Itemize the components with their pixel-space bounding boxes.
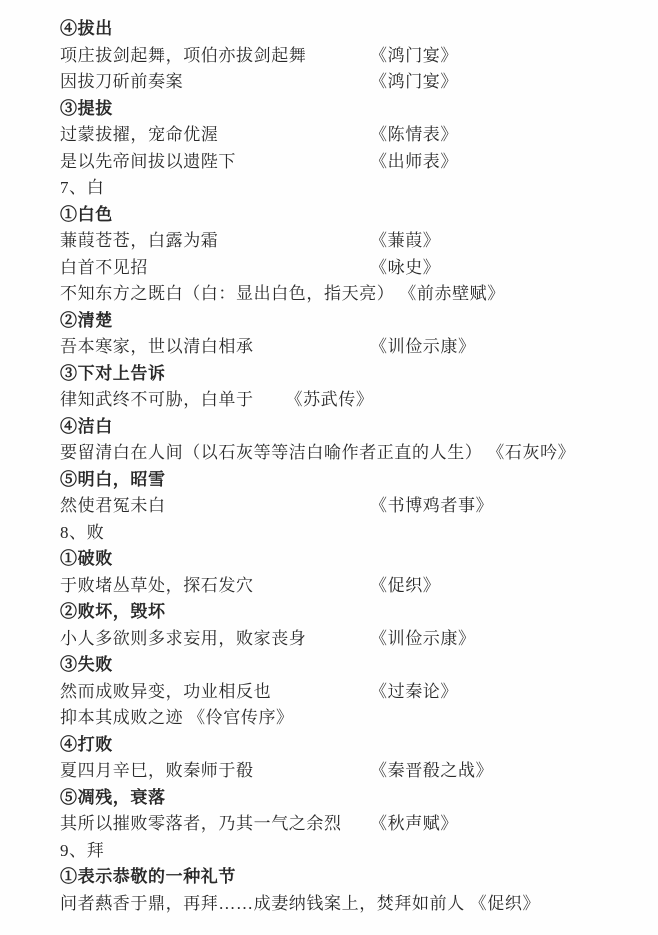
example-line: 小人多欲则多求妄用，败家丧身 《训俭示康》 [60, 626, 640, 653]
example-line: 抑本其成败之迹 《伶官传序》 [60, 705, 640, 732]
example-line: 不知东方之既白（白：显出白色，指天亮） 《前赤壁赋》 [60, 281, 640, 308]
sense-heading: ①表示恭敬的一种礼节 [60, 864, 640, 891]
source-title: 《咏史》 [370, 255, 440, 282]
example-text: 是以先帝间拔以遗陛下 [60, 152, 236, 171]
example-text: 白首不见招 [60, 258, 148, 277]
example-line: 律知武终不可胁，白单于 《苏武传》 [60, 387, 640, 414]
example-line: 白首不见招 《咏史》 [60, 255, 640, 282]
example-text: 过蒙拔擢，宠命优渥 [60, 125, 218, 144]
example-line: 吾本寒家，世以清白相承 《训俭示康》 [60, 334, 640, 361]
source-title: 《书博鸡者事》 [370, 493, 493, 520]
sense-heading: ⑤明白，昭雪 [60, 467, 640, 494]
example-text: 抑本其成败之迹 [60, 708, 183, 727]
source-title: 《前赤壁赋》 [399, 284, 505, 303]
word-heading: 9、拜 [60, 838, 640, 865]
source-title: 《训俭示康》 [370, 334, 476, 361]
example-text: 吾本寒家，世以清白相承 [60, 337, 254, 356]
example-line: 是以先帝间拔以遗陛下 《出师表》 [60, 149, 640, 176]
source-title: 《秦晋殽之战》 [370, 758, 493, 785]
example-text: 于败堵丛草处，探石发穴 [60, 576, 254, 595]
source-title: 《伶官传序》 [188, 708, 294, 727]
source-title: 《石灰吟》 [487, 443, 575, 462]
example-text: 夏四月辛巳，败秦师于殽 [60, 761, 254, 780]
example-line: 然而成败异变，功业相反也 《过秦论》 [60, 679, 640, 706]
example-line: 于败堵丛草处，探石发穴 《促织》 [60, 573, 640, 600]
sense-heading: ④洁白 [60, 414, 640, 441]
example-text: 因拔刀斫前奏案 [60, 72, 183, 91]
example-text: 小人多欲则多求妄用，败家丧身 [60, 629, 306, 648]
example-text: 其所以摧败零落者，乃其一气之余烈 [60, 814, 342, 833]
source-title: 《秋声赋》 [370, 811, 458, 838]
example-text: 蒹葭苍苍，白露为霜 [60, 231, 218, 250]
example-text: 然使君冤未白 [60, 496, 166, 515]
source-title: 《出师表》 [370, 149, 458, 176]
example-text: 项庄拔剑起舞，项伯亦拔剑起舞 [60, 46, 306, 65]
example-line: 过蒙拔擢，宠命优渥 《陈情表》 [60, 122, 640, 149]
source-title: 《苏武传》 [285, 390, 373, 409]
sense-heading: ①破败 [60, 546, 640, 573]
sense-heading: ②败坏，毁坏 [60, 599, 640, 626]
source-title: 《促织》 [470, 894, 540, 913]
example-text: 不知东方之既白（白：显出白色，指天亮） [60, 284, 394, 303]
example-text: 问者爇香于鼎，再拜……成妻纳钱案上，焚拜如前人 [60, 894, 465, 913]
example-text: 然而成败异变，功业相反也 [60, 682, 271, 701]
word-heading: 8、败 [60, 520, 640, 547]
example-text: 要留清白在人间（以石灰等等洁白喻作者正直的人生） [60, 443, 482, 462]
example-line: 要留清白在人间（以石灰等等洁白喻作者正直的人生） 《石灰吟》 [60, 440, 640, 467]
example-line: 蒹葭苍苍，白露为霜 《蒹葭》 [60, 228, 640, 255]
sense-heading: ③下对上告诉 [60, 361, 640, 388]
source-title: 《蒹葭》 [370, 228, 440, 255]
source-title: 《促织》 [370, 573, 440, 600]
sense-heading: ①白色 [60, 202, 640, 229]
word-heading: 7、白 [60, 175, 640, 202]
example-line: 因拔刀斫前奏案 《鸿门宴》 [60, 69, 640, 96]
example-line: 其所以摧败零落者，乃其一气之余烈 《秋声赋》 [60, 811, 640, 838]
sense-heading: ③提拔 [60, 96, 640, 123]
example-text: 律知武终不可胁，白单于 [60, 390, 254, 409]
example-line: 然使君冤未白 《书博鸡者事》 [60, 493, 640, 520]
example-line: 项庄拔剑起舞，项伯亦拔剑起舞 《鸿门宴》 [60, 43, 640, 70]
example-line: 问者爇香于鼎，再拜……成妻纳钱案上，焚拜如前人 《促织》 [60, 891, 640, 918]
sense-heading: ③失败 [60, 652, 640, 679]
document-page: ④拔出 项庄拔剑起舞，项伯亦拔剑起舞 《鸿门宴》 因拔刀斫前奏案 《鸿门宴》 ③… [0, 0, 658, 935]
source-title: 《鸿门宴》 [370, 43, 458, 70]
source-title: 《训俭示康》 [370, 626, 476, 653]
source-title: 《鸿门宴》 [370, 69, 458, 96]
example-line: 夏四月辛巳，败秦师于殽 《秦晋殽之战》 [60, 758, 640, 785]
source-title: 《过秦论》 [370, 679, 458, 706]
sense-heading: ⑤凋残，衰落 [60, 785, 640, 812]
sense-heading: ④拔出 [60, 16, 640, 43]
source-title: 《陈情表》 [370, 122, 458, 149]
sense-heading: ②清楚 [60, 308, 640, 335]
sense-heading: ④打败 [60, 732, 640, 759]
